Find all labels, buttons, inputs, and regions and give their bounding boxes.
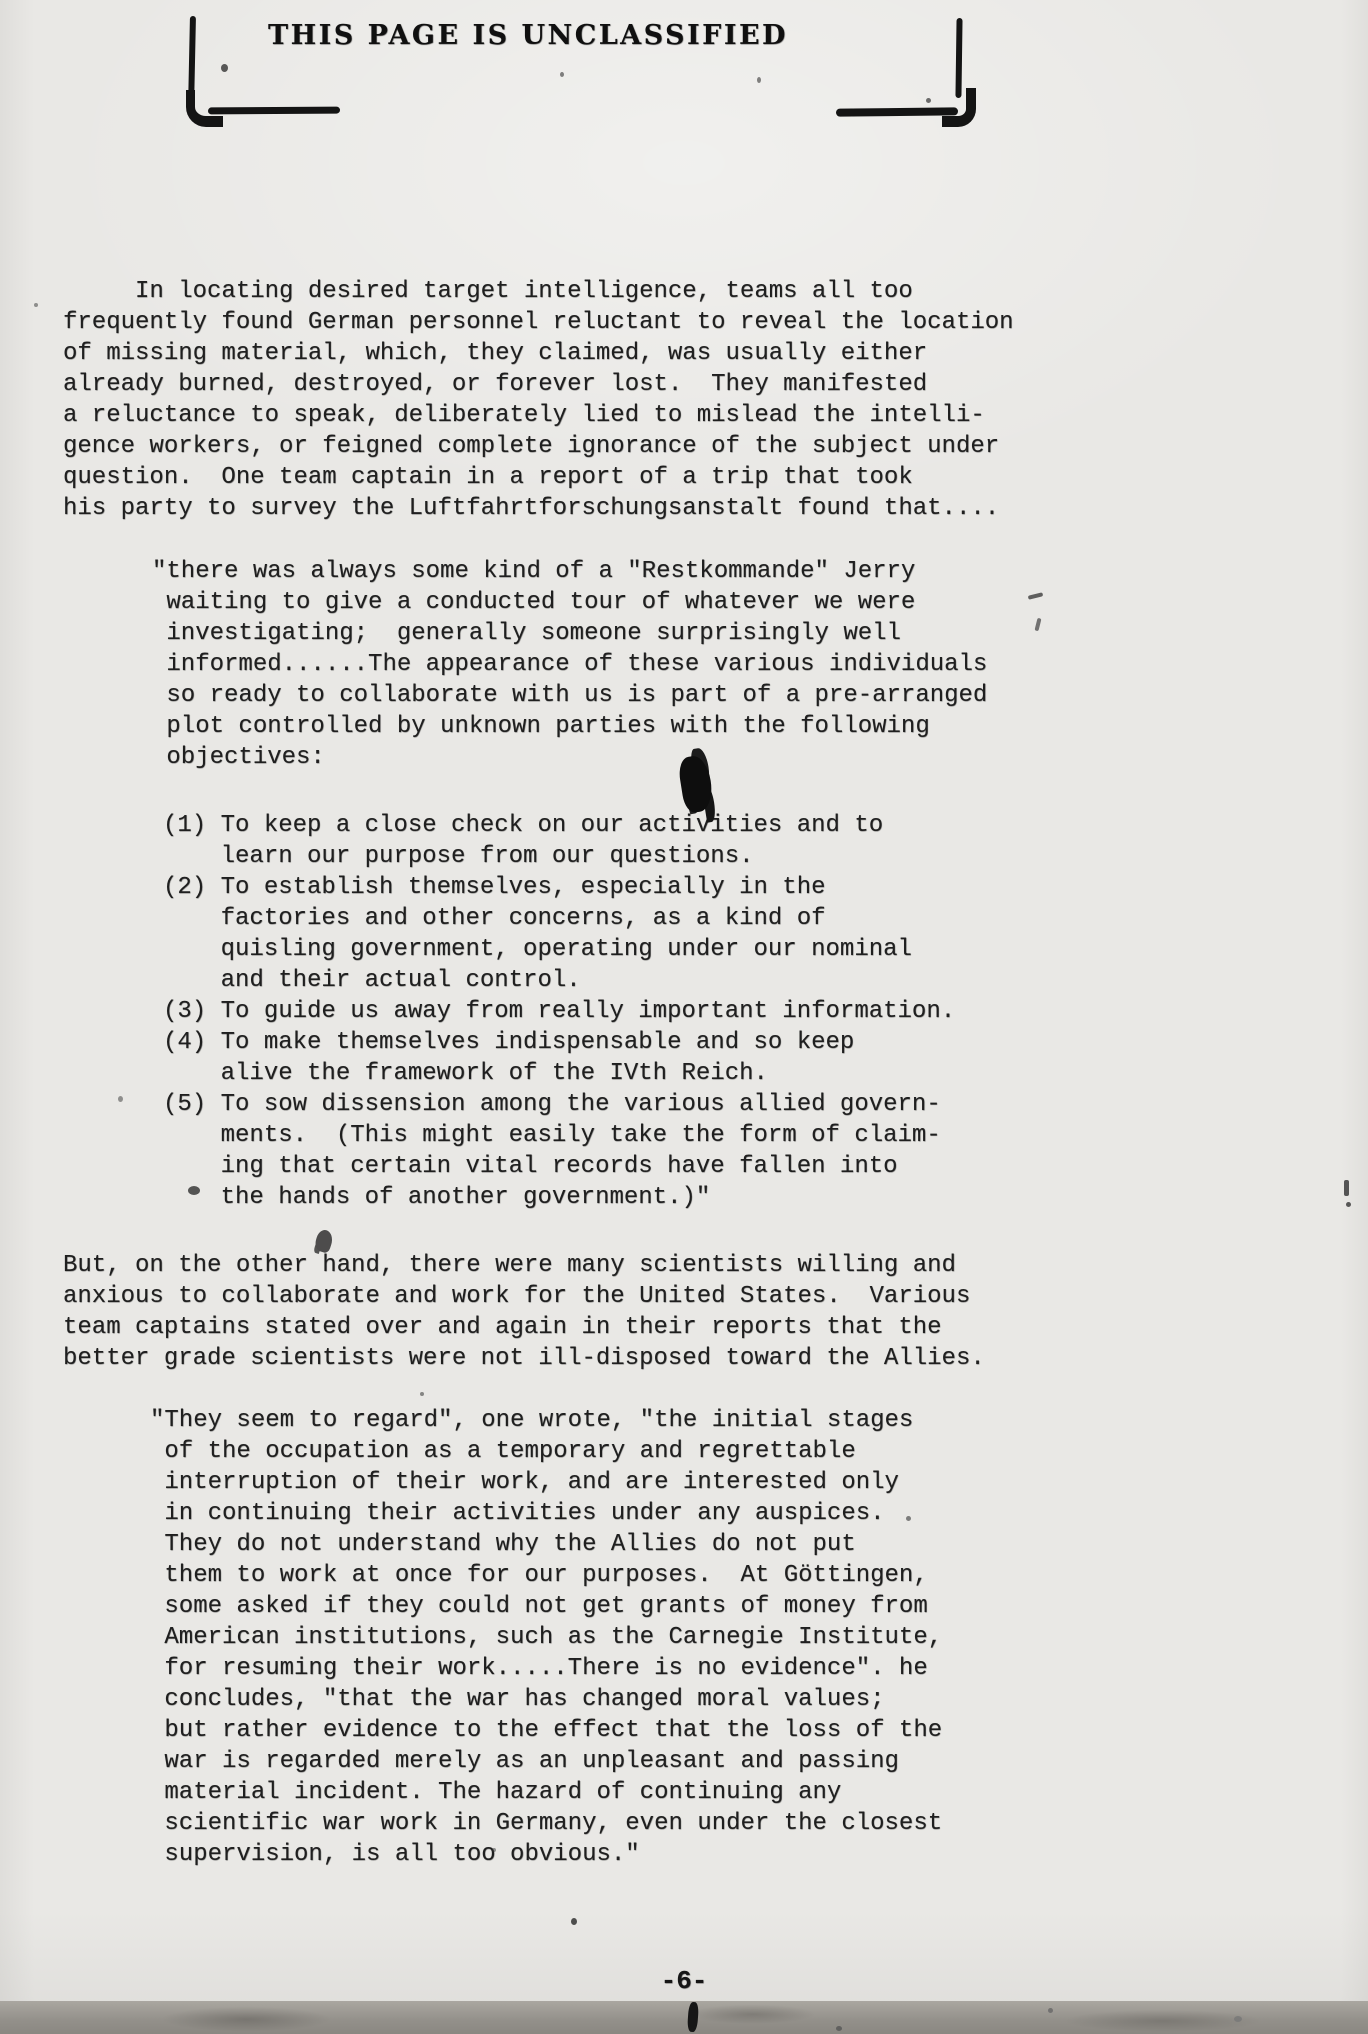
ink-speck <box>926 98 931 103</box>
ink-speck <box>836 2026 842 2031</box>
paragraph-intro: In locating desired target intelligence,… <box>63 276 1014 524</box>
classification-stamp: THIS PAGE IS UNCLASSIFIED <box>268 20 788 51</box>
ink-dot <box>188 1186 200 1195</box>
blockquote-occupation: "They seem to regard", one wrote, "the i… <box>150 1405 942 1870</box>
ink-speck <box>221 64 228 72</box>
blockquote-restkommande: "there was always some kind of a "Restko… <box>152 556 987 773</box>
ink-speck <box>118 1096 123 1102</box>
scanned-document-page: THIS PAGE IS UNCLASSIFIED In locating de… <box>0 0 1368 2034</box>
pen-tick-mark <box>1034 618 1041 632</box>
ink-speck <box>1346 1202 1351 1207</box>
ink-speck <box>1048 2008 1053 2013</box>
ink-speck <box>420 1392 424 1396</box>
stamp-box-right-horizontal-line <box>836 107 958 116</box>
objectives-numbered-list: (1) To keep a close check on our activit… <box>163 810 955 1213</box>
ink-speck <box>571 1918 577 1925</box>
margin-mark <box>1344 1180 1349 1196</box>
pen-dash-mark <box>1028 592 1044 600</box>
stamp-box-left-horizontal-line <box>208 107 340 115</box>
ink-speck <box>34 303 38 307</box>
paragraph-collaboration: But, on the other hand, there were many … <box>63 1250 985 1374</box>
ink-speck <box>492 1848 496 1852</box>
stamp-box-right-vertical-line <box>955 18 962 98</box>
ink-speck <box>757 77 761 83</box>
scan-edge-strip <box>0 2001 1368 2034</box>
ink-speck <box>560 72 564 77</box>
ink-speck <box>906 1516 911 1521</box>
ink-speck <box>1234 2016 1242 2022</box>
page-number: -6- <box>0 1966 1368 1996</box>
